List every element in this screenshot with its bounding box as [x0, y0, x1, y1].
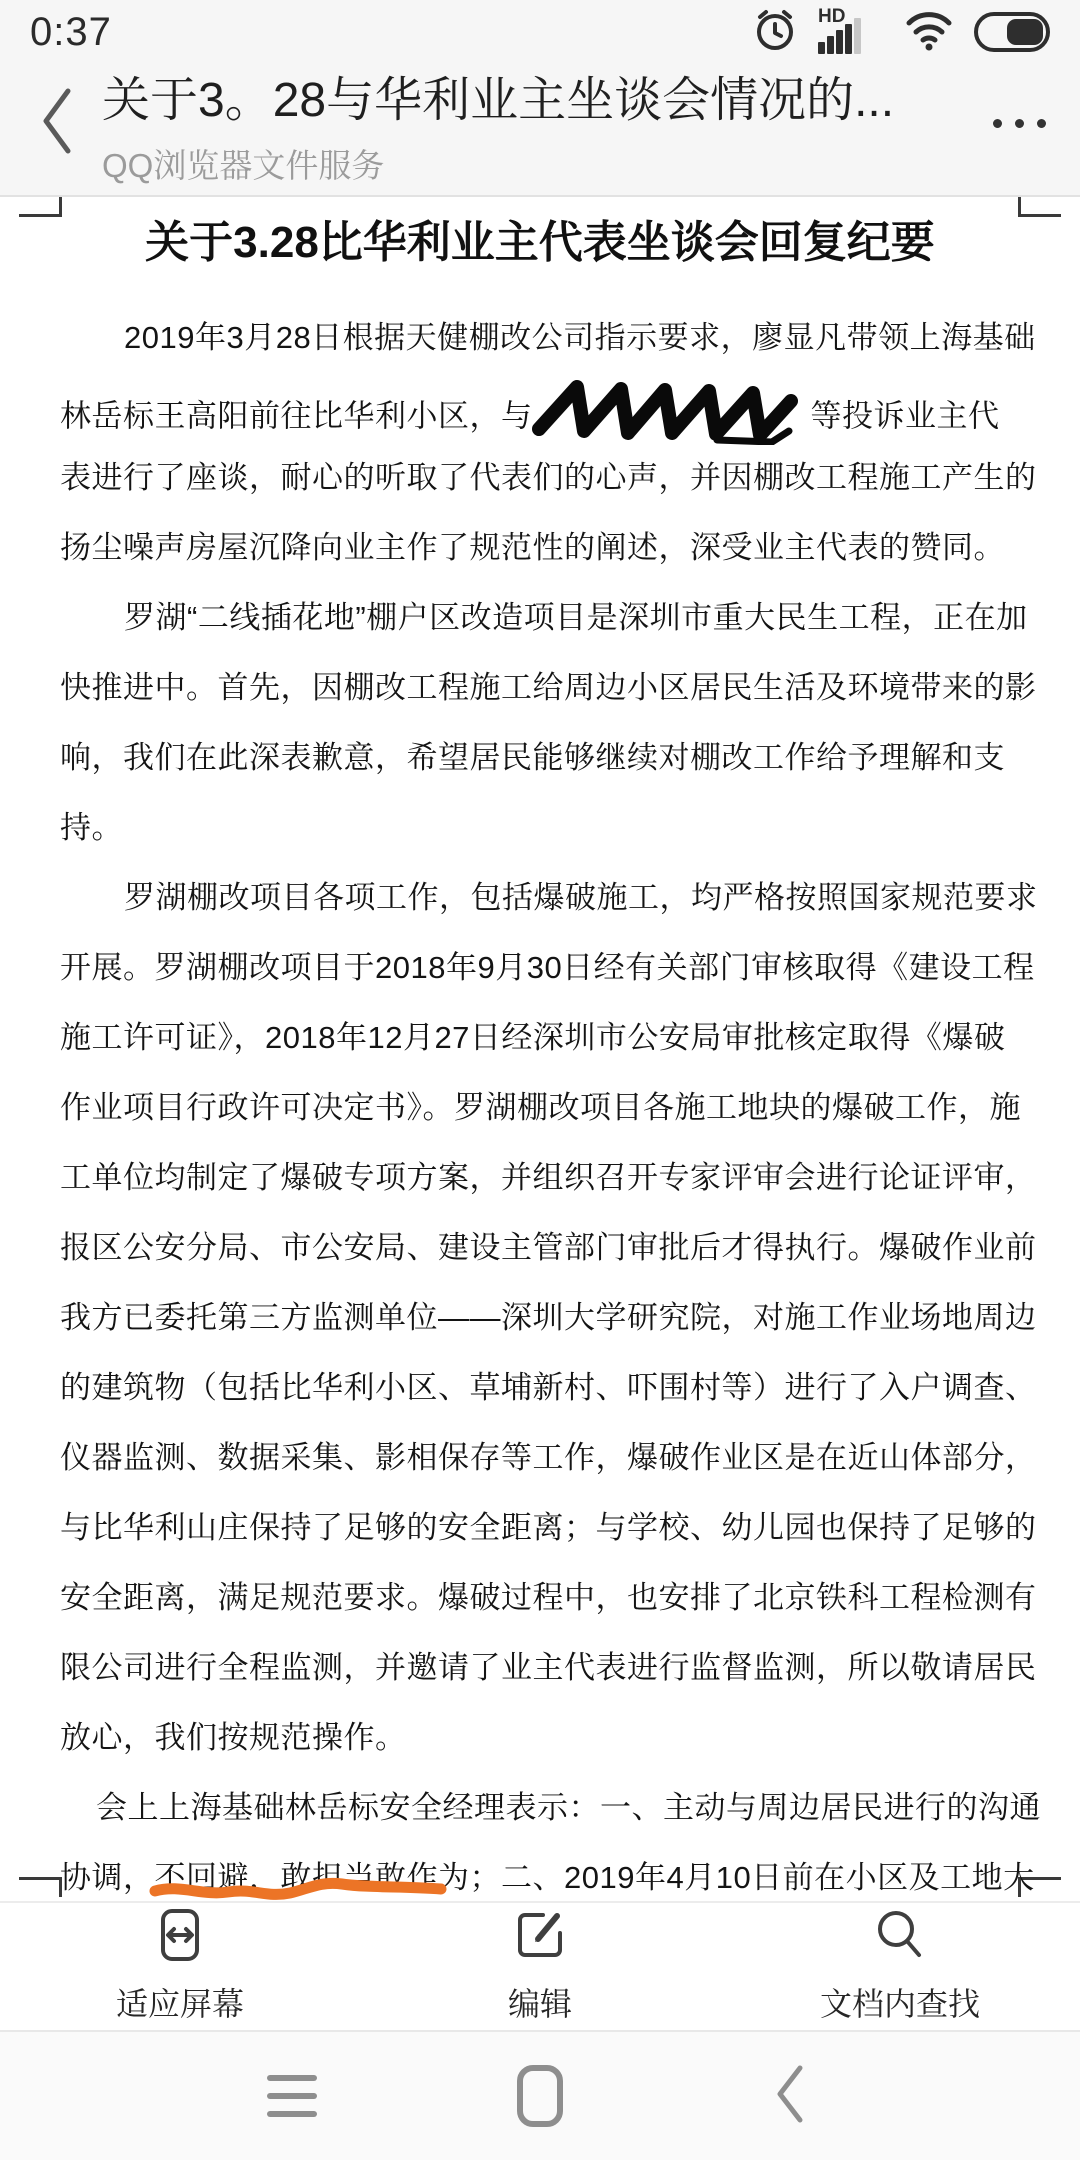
recent-apps-button[interactable] [257, 2061, 327, 2131]
fit-screen-icon [154, 1908, 206, 1967]
edit-button[interactable]: 编辑 [360, 1903, 720, 2030]
edit-label: 编辑 [508, 1979, 572, 2025]
document-line: 限公司进行全程监测，并邀请了业主代表进行监督监测，所以敬请居民 [60, 1633, 1020, 1703]
more-options-button[interactable] [987, 99, 1052, 148]
home-button[interactable] [505, 2061, 575, 2131]
signal-bars [818, 18, 861, 54]
document-line: 响，我们在此深表歉意，希望居民能够继续对棚改工作给予理解和支 [60, 723, 1020, 793]
wifi-icon [904, 9, 954, 56]
document-line: 会上上海基础林岳标安全经理表示：一、主动与周边居民进行的沟通 [60, 1773, 1020, 1843]
back-chevron-icon [770, 2063, 806, 2130]
file-title: 关于3。28与华利业主坐谈会情况的... [102, 61, 987, 130]
ellipsis-icon [993, 119, 1002, 128]
document-line: 表进行了座谈，耐心的听取了代表们的心声，并因棚改工程施工产生的 [60, 443, 1020, 513]
status-time: 0:37 [30, 10, 112, 55]
document-line: 持。 [60, 793, 1020, 863]
page-corner-mark [19, 1877, 62, 1897]
status-bar: 0:37 HD [0, 0, 1080, 58]
status-icons: HD [752, 7, 1050, 58]
document-page[interactable]: 关于3.28比华利业主代表坐谈会回复纪要 2019年3月28日根据天健棚改公司指… [0, 197, 1080, 1901]
document-line: 的建筑物（包括比华利小区、草埔新村、吓围村等）进行了入户调查、 [60, 1353, 1020, 1423]
document-line: 开展。罗湖棚改项目于2018年9月30日经有关部门审核取得《建设工程 [60, 933, 1020, 1003]
document-line: 与比华利山庄保持了足够的安全距离；与学校、幼儿园也保持了足够的 [60, 1493, 1020, 1563]
page-corner-mark [1018, 197, 1061, 217]
find-in-document-button[interactable]: 文档内查找 [720, 1903, 1080, 2030]
back-button[interactable] [18, 79, 94, 169]
document-line: 林岳标王高阳前往比华利小区，与等投诉业主代 [60, 373, 1020, 443]
hd-signal-icon: HD [818, 8, 884, 56]
file-source-label: QQ浏览器文件服务 [102, 140, 987, 187]
bottom-toolbar: 适应屏幕 编辑 文档内查找 [0, 1901, 1080, 2030]
document-line: 安全距离，满足规范要求。爆破过程中，也安排了北京铁科工程检测有 [60, 1563, 1020, 1633]
document-line: 2019年3月28日根据天健棚改公司指示要求，廖显凡带领上海基础 [60, 303, 1020, 373]
find-in-document-icon [873, 1908, 927, 1967]
chevron-left-icon [36, 85, 76, 162]
alarm-icon [752, 7, 798, 58]
nav-back-button[interactable] [753, 2061, 823, 2131]
document-line: 快推进中。首先，因棚改工程施工给周边小区居民生活及环境带来的影 [60, 653, 1020, 723]
document-line: 报区公安分局、市公安局、建设主管部门审批后才得执行。爆破作业前 [60, 1213, 1020, 1283]
edit-icon [513, 1908, 567, 1967]
document-line: 扬尘噪声房屋沉降向业主作了规范性的阐述，深受业主代表的赞同。 [60, 513, 1020, 583]
document-line: 施工许可证》，2018年12月27日经深圳市公安局审批核定取得《爆破 [60, 1003, 1020, 1073]
document-body: 2019年3月28日根据天健棚改公司指示要求，廖显凡带领上海基础林岳标王高阳前往… [0, 303, 1080, 1901]
document-title: 关于3.28比华利业主代表坐谈会回复纪要 [60, 219, 1020, 267]
fit-screen-button[interactable]: 适应屏幕 [0, 1903, 360, 2030]
hand-drawn-underline [148, 1857, 448, 1901]
battery-icon [974, 12, 1050, 52]
file-viewer-header: 关于3。28与华利业主坐谈会情况的... QQ浏览器文件服务 [0, 58, 1080, 197]
android-nav-bar [0, 2030, 1080, 2160]
document-line: 工单位均制定了爆破专项方案，并组织召开专家评审会进行论证评审， [60, 1143, 1020, 1213]
document-line: 作业项目行政许可决定书》。罗湖棚改项目各施工地块的爆破工作，施 [60, 1073, 1020, 1143]
fit-screen-label: 适应屏幕 [116, 1979, 244, 2025]
document-line: 罗湖“二线插花地”棚户区改造项目是深圳市重大民生工程，正在加 [60, 583, 1020, 653]
document-line: 协调，不回避，敢担当敢作为；二、2019年4月10日前在小区及工地大 [60, 1843, 1020, 1901]
document-line: 放心，我们按规范操作。 [60, 1703, 1020, 1773]
find-in-document-label: 文档内查找 [820, 1979, 980, 2025]
page-corner-mark [19, 197, 62, 217]
phone-screen: 0:37 HD [0, 0, 1080, 2160]
header-titles: 关于3。28与华利业主坐谈会情况的... QQ浏览器文件服务 [102, 61, 987, 187]
document-line: 罗湖棚改项目各项工作，包括爆破施工，均严格按照国家规范要求 [60, 863, 1020, 933]
document-line: 仪器监测、数据采集、影相保存等工作，爆破作业区是在近山体部分， [60, 1423, 1020, 1493]
document-line: 我方已委托第三方监测单位——深圳大学研究院，对施工作业场地周边 [60, 1283, 1020, 1353]
home-icon [517, 2065, 563, 2127]
menu-icon [267, 2075, 317, 2117]
